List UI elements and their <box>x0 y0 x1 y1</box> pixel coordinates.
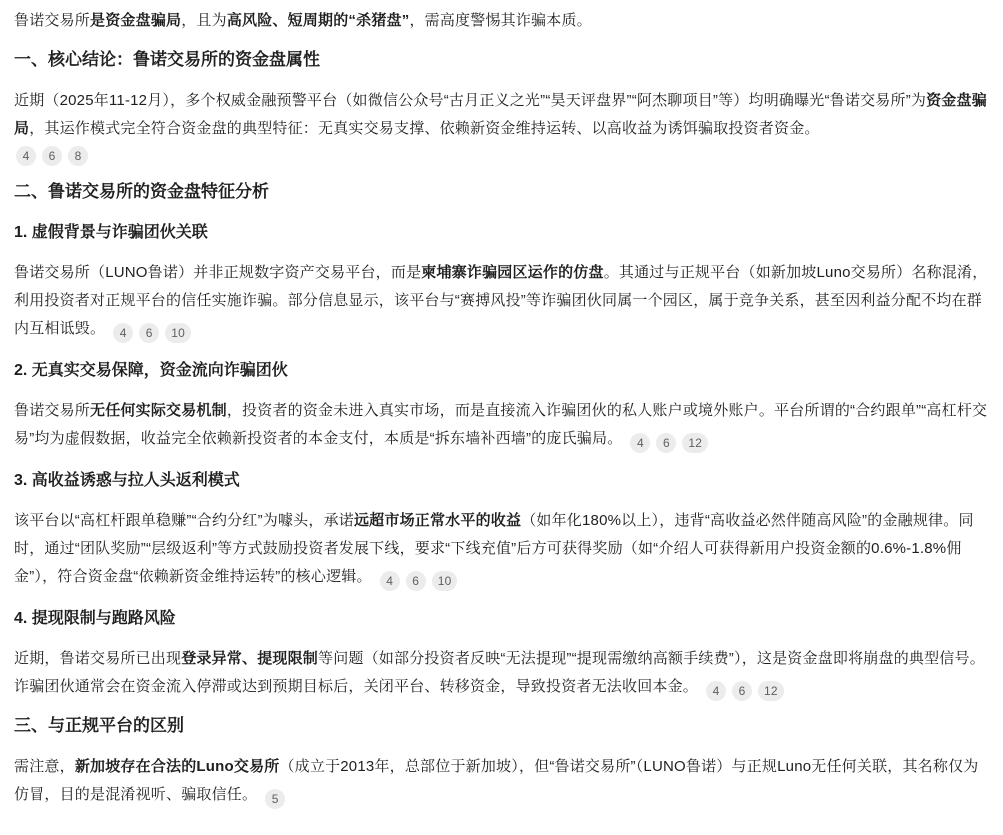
answer-document: 鲁诺交易所是资金盘骗局，且为高风险、短周期的“杀猪盘”，需高度警惕其诈骗本质。 … <box>0 0 1003 835</box>
citation-badge[interactable]: 6 <box>139 323 159 343</box>
citation-group: 5 <box>265 789 285 809</box>
text-segment: 鲁诺交易所 <box>14 402 90 419</box>
text-segment: ，且为 <box>181 12 227 29</box>
citation-badge[interactable]: 6 <box>656 433 676 453</box>
text-segment-bold: 远超市场正常水平的收益 <box>354 512 521 529</box>
citation-badge[interactable]: 6 <box>732 681 752 701</box>
subsection-2-title: 2. 无真实交易保障，资金流向诈骗团伙 <box>14 359 989 383</box>
text-segment: 该平台以“高杠杆跟单稳赚”“合约分红”为噱头，承诺 <box>14 512 354 529</box>
text-segment: 鲁诺交易所 <box>14 12 90 29</box>
text-segment-bold: 新加坡存在合法的Luno交易所 <box>75 758 280 775</box>
subsection-4-title: 4. 提现限制与跑路风险 <box>14 607 989 631</box>
citation-group: 4610 <box>380 571 458 591</box>
citation-badge[interactable]: 4 <box>706 681 726 701</box>
section-1-paragraph: 近期（2025年11-12月），多个权威金融预警平台（如微信公众号“古月正义之光… <box>14 87 989 143</box>
intro-paragraph: 鲁诺交易所是资金盘骗局，且为高风险、短周期的“杀猪盘”，需高度警惕其诈骗本质。 <box>14 7 989 35</box>
citation-group: 4612 <box>706 681 784 701</box>
subsection-3-title: 3. 高收益诱惑与拉人头返利模式 <box>14 469 989 493</box>
subsection-1-paragraph: 鲁诺交易所（LUNO鲁诺）并非正规数字资产交易平台，而是柬埔寨诈骗园区运作的仿盘… <box>14 259 989 343</box>
text-segment: ，其运作模式完全符合资金盘的典型特征：无真实交易支撑、依赖新资金维持运转、以高收… <box>29 120 819 137</box>
citation-group: 4610 <box>113 323 191 343</box>
citation-badge[interactable]: 8 <box>68 146 88 166</box>
citation-group: 4612 <box>630 433 708 453</box>
section-1-heading: 一、核心结论：鲁诺交易所的资金盘属性 <box>14 47 989 73</box>
section-3-paragraph: 需注意，新加坡存在合法的Luno交易所（成立于2013年，总部位于新加坡），但“… <box>14 753 989 809</box>
text-segment-bold: 是资金盘骗局 <box>90 12 181 29</box>
citation-badge[interactable]: 6 <box>406 571 426 591</box>
citation-badge[interactable]: 10 <box>165 323 191 343</box>
citation-row: 4 6 8 <box>16 145 989 167</box>
text-segment: ，需高度警惕其诈骗本质。 <box>409 12 591 29</box>
text-segment: 近期，鲁诺交易所已出现 <box>14 650 181 667</box>
text-segment: 鲁诺交易所（LUNO鲁诺）并非正规数字资产交易平台，而是 <box>14 264 421 281</box>
citation-badge[interactable]: 12 <box>682 433 708 453</box>
citation-badge[interactable]: 5 <box>265 789 285 809</box>
text-segment: 需注意， <box>14 758 75 775</box>
citation-badge[interactable]: 6 <box>42 146 62 166</box>
citation-badge[interactable]: 4 <box>113 323 133 343</box>
citation-badge[interactable]: 4 <box>380 571 400 591</box>
citation-badge[interactable]: 10 <box>432 571 458 591</box>
subsection-2-paragraph: 鲁诺交易所无任何实际交易机制，投资者的资金未进入真实市场，而是直接流入诈骗团伙的… <box>14 397 989 453</box>
citation-badge[interactable]: 4 <box>630 433 650 453</box>
section-3-heading: 三、与正规平台的区别 <box>14 713 989 739</box>
citation-badge[interactable]: 4 <box>16 146 36 166</box>
subsection-3-paragraph: 该平台以“高杠杆跟单稳赚”“合约分红”为噱头，承诺远超市场正常水平的收益（如年化… <box>14 507 989 591</box>
section-2-heading: 二、鲁诺交易所的资金盘特征分析 <box>14 179 989 205</box>
text-segment-bold: 无任何实际交易机制 <box>90 402 227 419</box>
text-segment-bold: 登录异常、提现限制 <box>181 650 318 667</box>
subsection-1-title: 1. 虚假背景与诈骗团伙关联 <box>14 221 989 245</box>
text-segment: 近期（2025年11-12月），多个权威金融预警平台（如微信公众号“古月正义之光… <box>14 92 926 109</box>
text-segment-bold: 柬埔寨诈骗园区运作的仿盘 <box>421 264 603 281</box>
text-segment-bold: 高风险、短周期的“杀猪盘” <box>227 12 410 29</box>
subsection-4-paragraph: 近期，鲁诺交易所已出现登录异常、提现限制等问题（如部分投资者反映“无法提现”“提… <box>14 645 989 701</box>
citation-badge[interactable]: 12 <box>758 681 784 701</box>
